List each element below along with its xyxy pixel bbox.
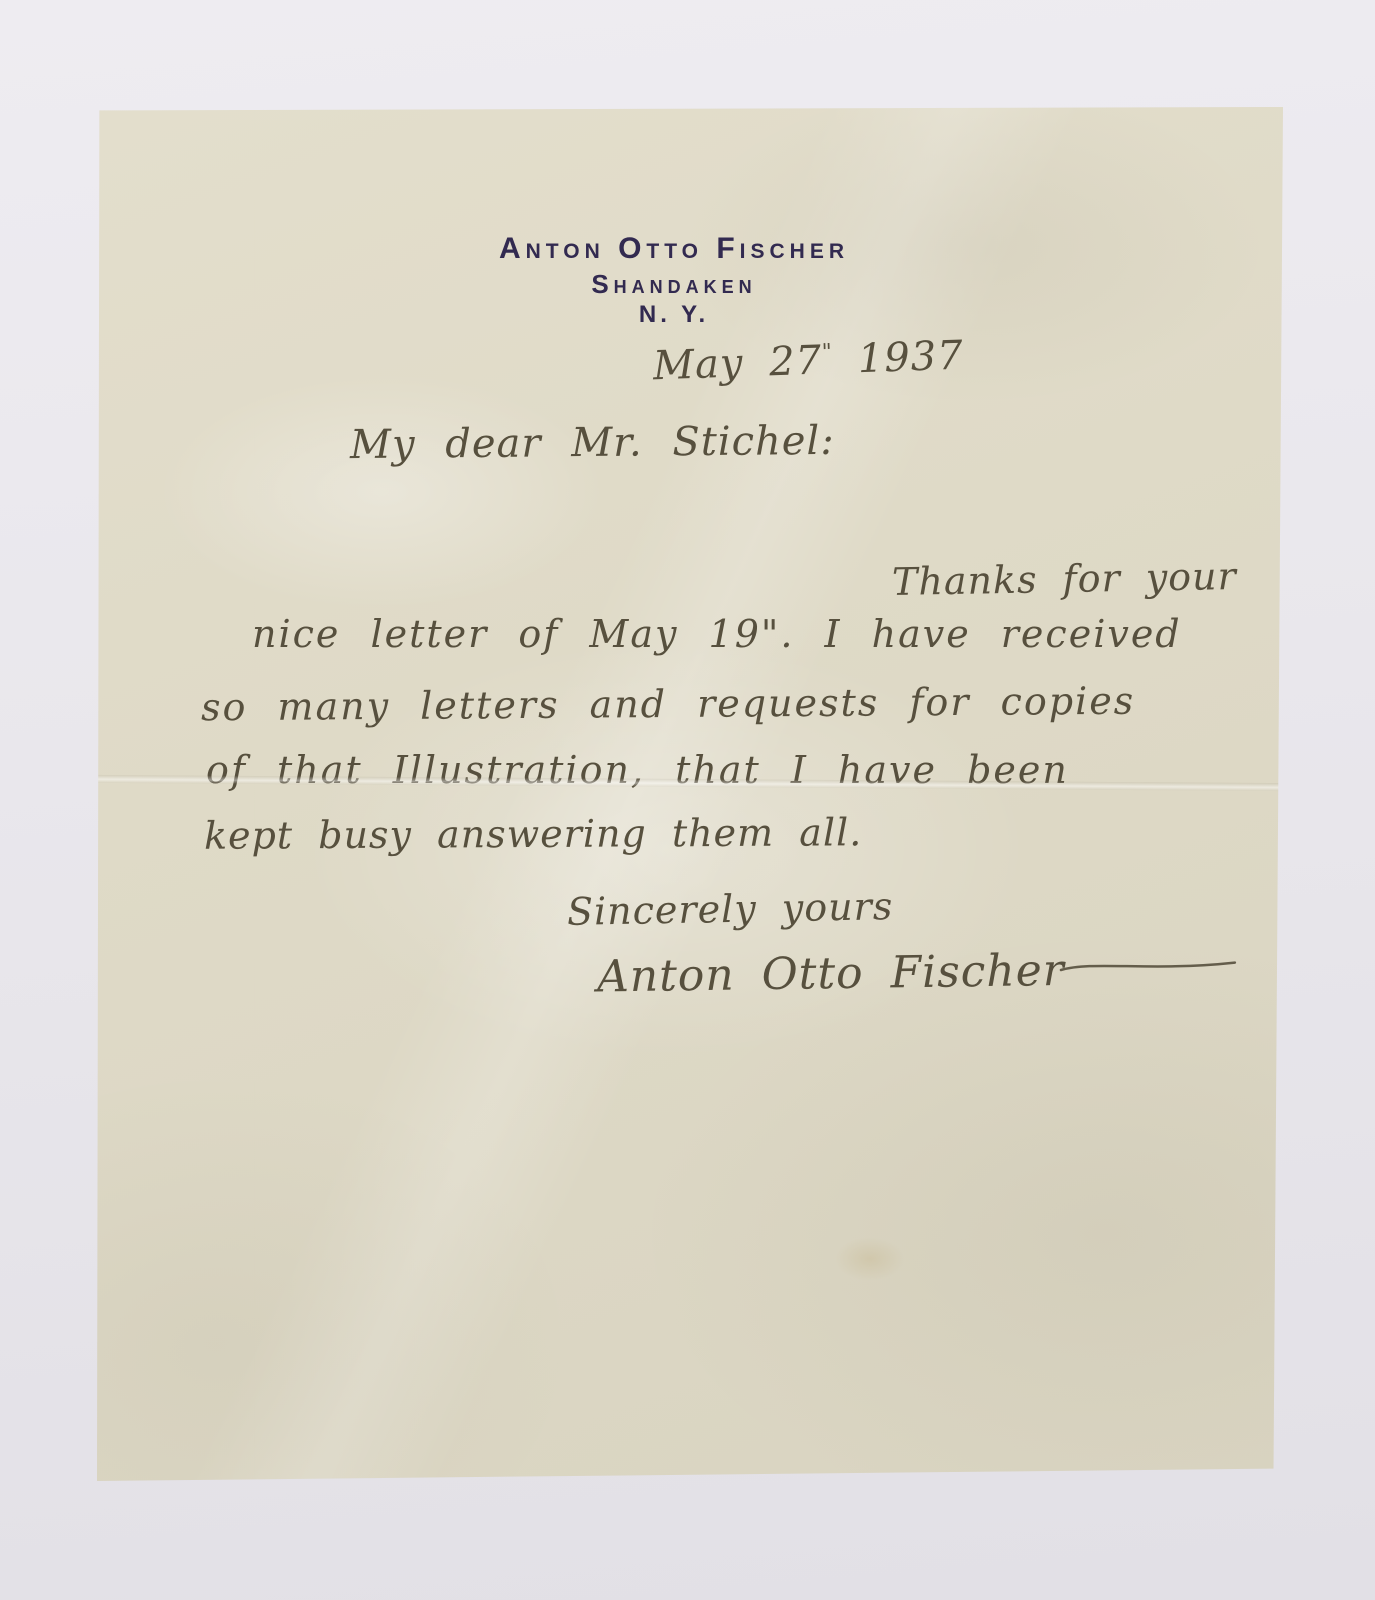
date-year: 1937 [857,333,964,383]
signature-name: Anton Otto Fischer [597,945,1065,1003]
body-line: kept busy answering them all. [204,810,862,857]
salutation-line: My dear Mr. Stichel: [350,418,835,468]
paper-stain [835,1237,905,1281]
date-superscript: " [821,340,832,365]
closing-line: Sincerely yours [567,884,894,934]
body-line: Thanks for your [892,554,1237,604]
signature-flourish [1059,953,1239,980]
letter-photo: Anton Otto Fischer Shandaken N. Y. May 2… [0,0,1375,1600]
letterhead-state: N. Y. [97,301,1251,329]
date-line: May 27" 1937 [652,333,964,390]
signature-line: Anton Otto Fischer [597,943,1239,1003]
date-day: May 27 [652,338,823,390]
letterhead: Anton Otto Fischer Shandaken N. Y. [97,233,1251,329]
body-line: nice letter of May 19". I have received [252,612,1182,656]
body-line: so many letters and requests for copies [201,679,1136,730]
letterhead-city: Shandaken [97,269,1251,299]
letterhead-name: Anton Otto Fischer [97,233,1251,265]
letter-paper: Anton Otto Fischer Shandaken N. Y. May 2… [97,107,1283,1481]
